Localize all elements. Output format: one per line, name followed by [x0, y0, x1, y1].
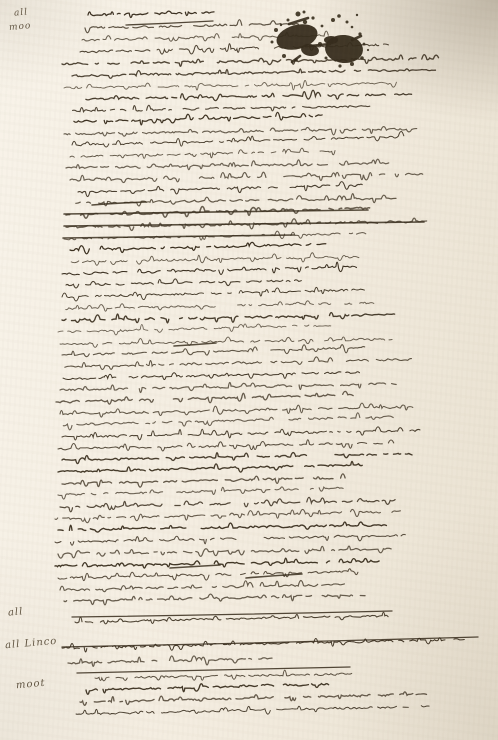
margin-note: all	[8, 606, 24, 618]
handwriting-canvas	[0, 0, 498, 740]
ink-blot	[324, 36, 338, 44]
manuscript-page: all moo all all Linco moot	[0, 0, 498, 740]
margin-note: all	[14, 7, 29, 18]
margin-note: moo	[9, 21, 32, 33]
